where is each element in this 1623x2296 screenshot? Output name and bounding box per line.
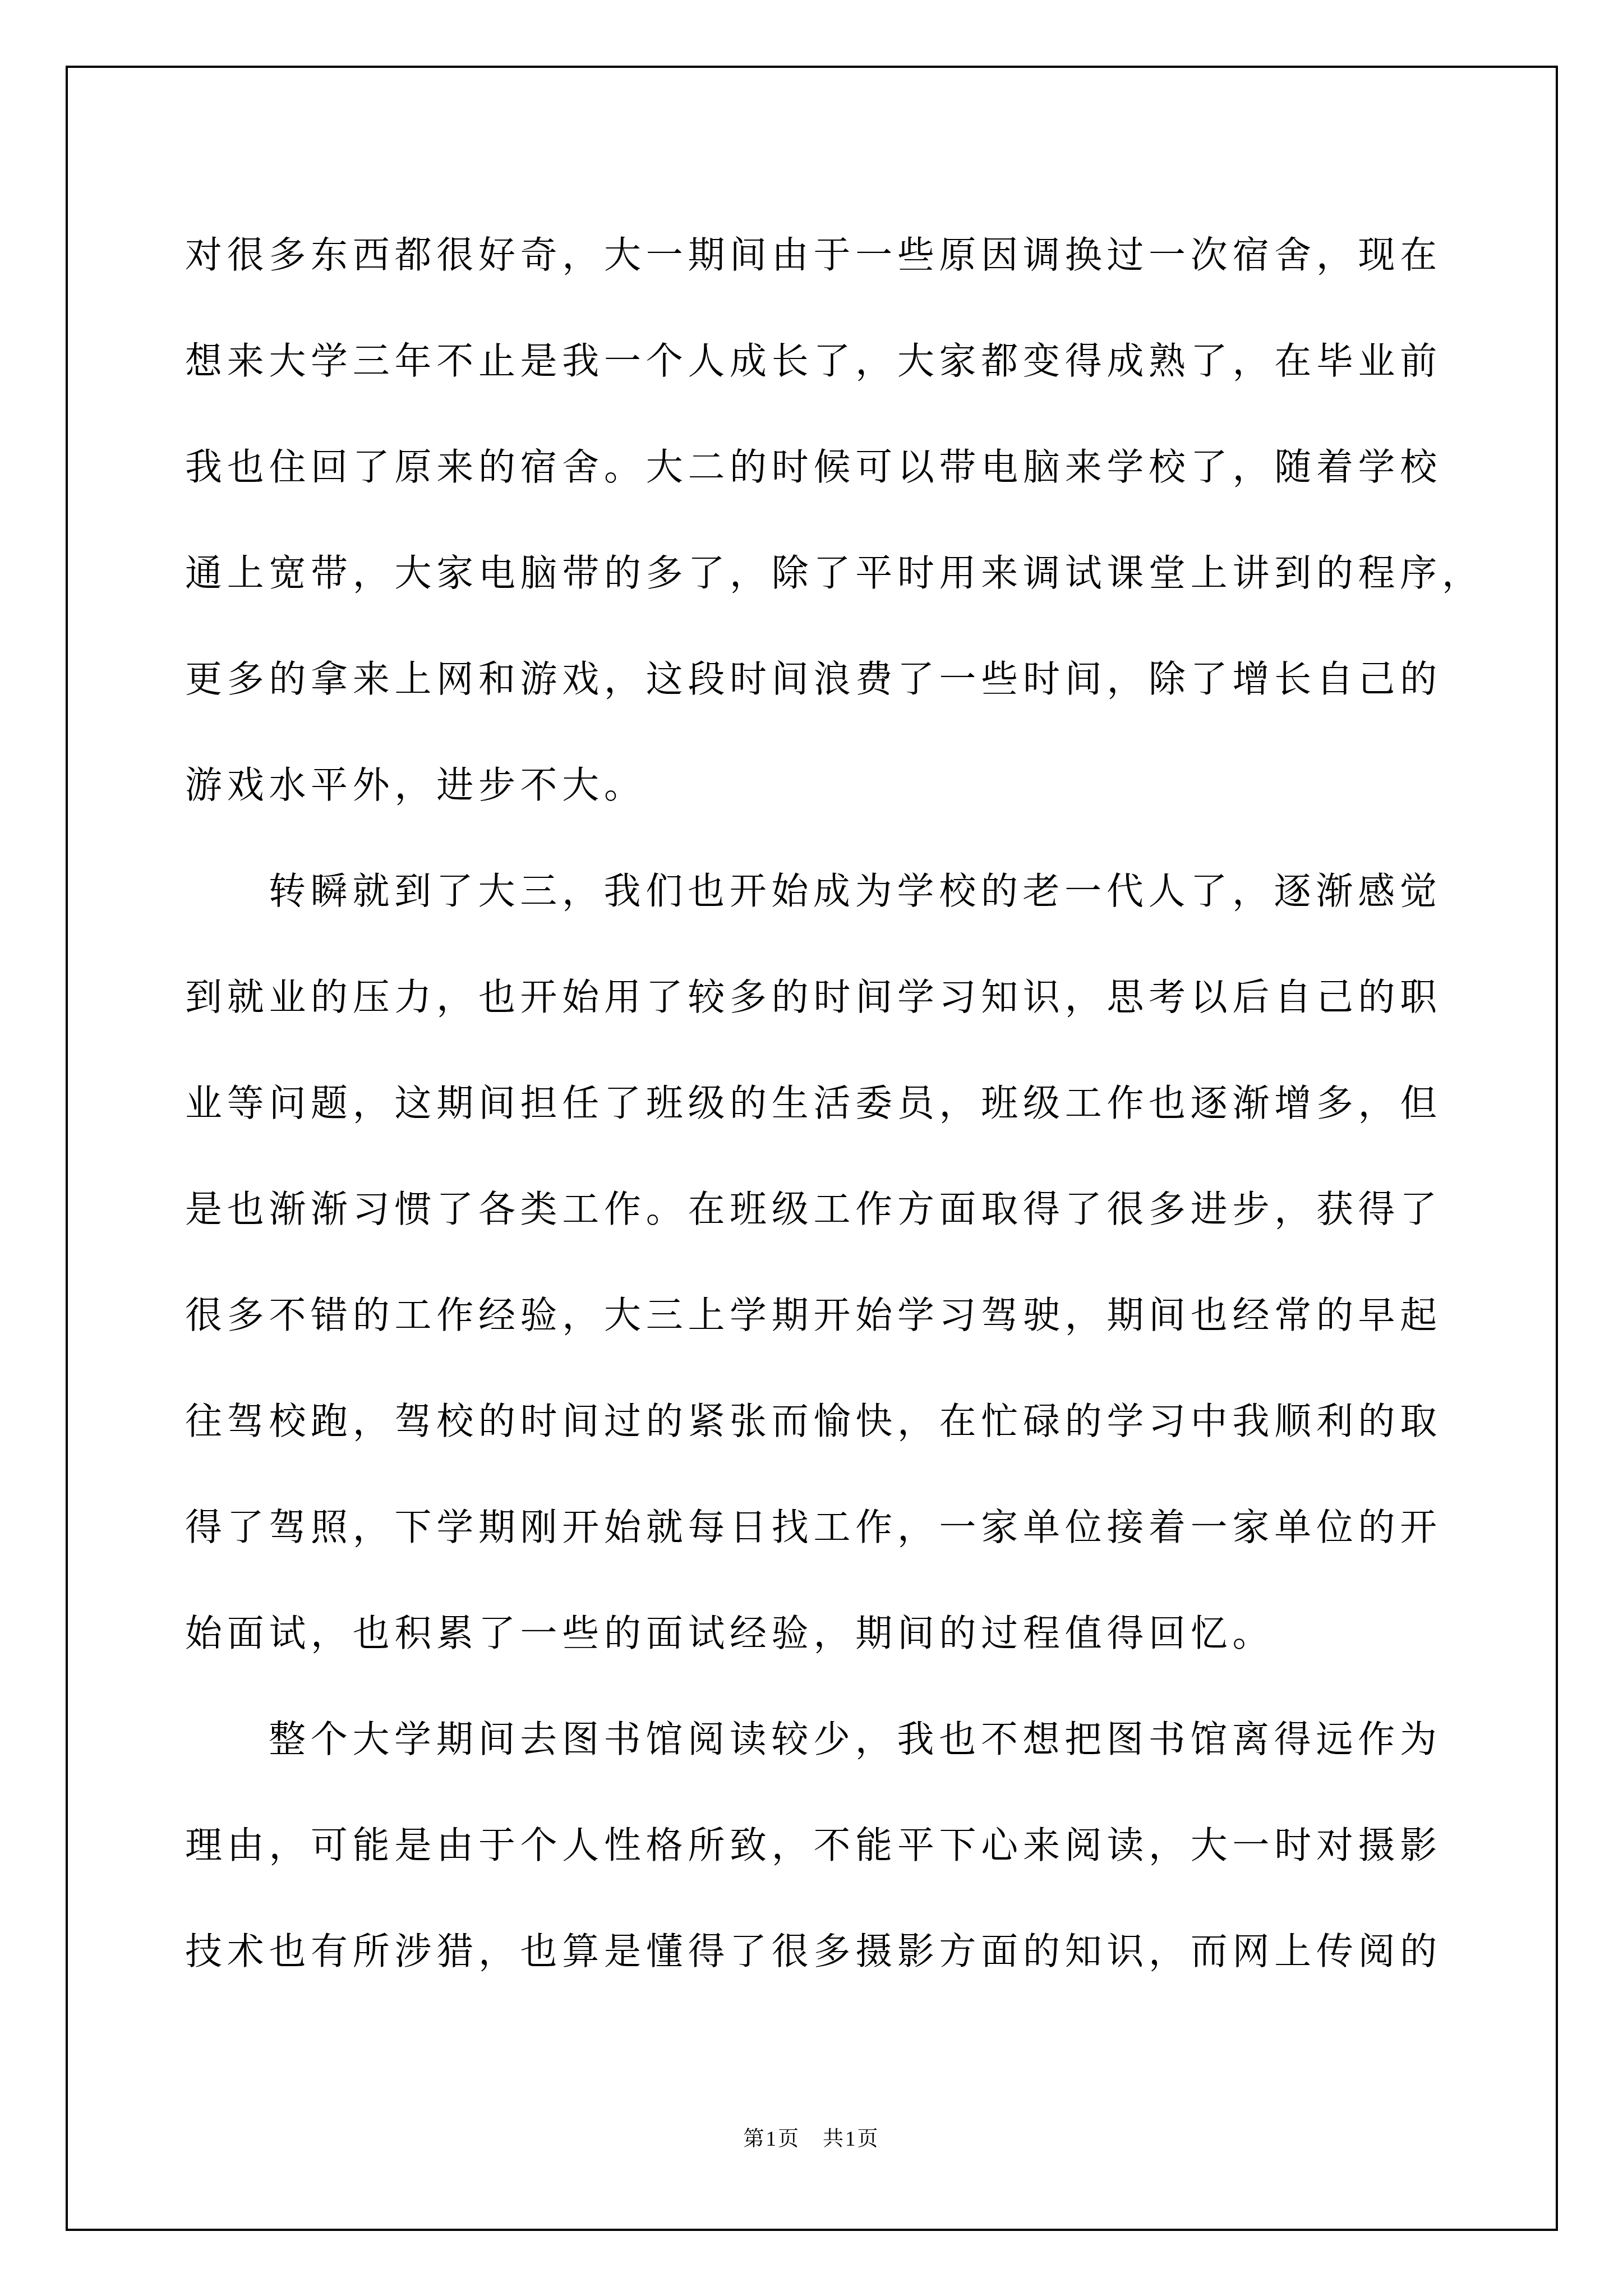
text-line: 始面试，也积累了一些的面试经验，期间的过程值得回忆。 bbox=[185, 1581, 1492, 1687]
text-line: 业等问题，这期间担任了班级的生活委员，班级工作也逐渐增多，但 bbox=[185, 1051, 1492, 1157]
text-line: 想来大学三年不止是我一个人成长了，大家都变得成熟了，在毕业前 bbox=[185, 309, 1492, 415]
text-line: 是也渐渐习惯了各类工作。在班级工作方面取得了很多进步，获得了 bbox=[185, 1157, 1492, 1263]
paragraph: 对很多东西都很好奇，大一期间由于一些原因调换过一次宿舍，现在 想来大学三年不止是… bbox=[185, 203, 1492, 839]
text-line: 到就业的压力，也开始用了较多的时间学习知识，思考以后自己的职 bbox=[185, 945, 1492, 1051]
text-line: 很多不错的工作经验，大三上学期开始学习驾驶，期间也经常的早起 bbox=[185, 1263, 1492, 1369]
text-line: 技术也有所涉猎，也算是懂得了很多摄影方面的知识，而网上传阅的 bbox=[185, 1899, 1492, 2005]
text-line: 得了驾照，下学期刚开始就每日找工作，一家单位接着一家单位的开 bbox=[185, 1475, 1492, 1581]
text-line: 往驾校跑，驾校的时间过的紧张而愉快，在忙碌的学习中我顺利的取 bbox=[185, 1369, 1492, 1475]
page-number: 第1页 共1页 bbox=[744, 2128, 880, 2151]
text-line: 理由，可能是由于个人性格所致，不能平下心来阅读，大一时对摄影 bbox=[185, 1793, 1492, 1899]
paragraph: 整个大学期间去图书馆阅读较少，我也不想把图书馆离得远作为 理由，可能是由于个人性… bbox=[185, 1687, 1492, 2005]
text-line: 我也住回了原来的宿舍。大二的时候可以带电脑来学校了，随着学校 bbox=[185, 415, 1492, 521]
text-line: 更多的拿来上网和游戏，这段时间浪费了一些时间，除了增长自己的 bbox=[185, 627, 1492, 733]
text-line: 游戏水平外，进步不大。 bbox=[185, 733, 1492, 839]
text-line: 整个大学期间去图书馆阅读较少，我也不想把图书馆离得远作为 bbox=[185, 1687, 1492, 1793]
text-line: 通上宽带，大家电脑带的多了，除了平时用来调试课堂上讲到的程序， bbox=[185, 521, 1492, 627]
text-line: 对很多东西都很好奇，大一期间由于一些原因调换过一次宿舍，现在 bbox=[185, 203, 1492, 309]
page-footer: 第1页 共1页 bbox=[0, 2125, 1623, 2154]
paragraph: 转瞬就到了大三，我们也开始成为学校的老一代人了，逐渐感觉 到就业的压力，也开始用… bbox=[185, 839, 1492, 1687]
text-line: 转瞬就到了大三，我们也开始成为学校的老一代人了，逐渐感觉 bbox=[185, 839, 1492, 945]
document-body: 对很多东西都很好奇，大一期间由于一些原因调换过一次宿舍，现在 想来大学三年不止是… bbox=[185, 203, 1492, 2005]
